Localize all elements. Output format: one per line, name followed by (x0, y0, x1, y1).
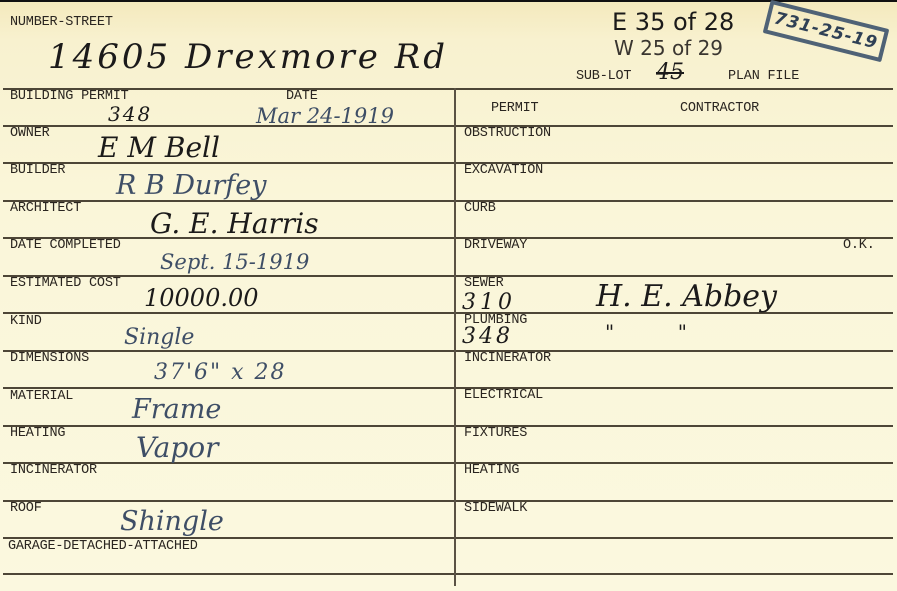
owner-label: OWNER (10, 127, 50, 141)
column-divider (454, 88, 456, 586)
rule (3, 88, 893, 90)
number-street-label: NUMBER-STREET (10, 16, 113, 30)
estimated-cost-label: ESTIMATED COST (10, 277, 121, 291)
garage-label: GARAGE-DETACHED-ATTACHED (8, 540, 198, 554)
dimensions-value: 37'6" x 28 (154, 362, 287, 384)
architect-value: G. E. Harris (150, 210, 319, 238)
sub-lot-value: 45 (656, 62, 684, 84)
heating-value: Vapor (136, 434, 219, 462)
date-value: Mar 24-1919 (256, 106, 394, 127)
dimensions-label: DIMENSIONS (10, 352, 89, 366)
plan-file-label: PLAN FILE (728, 70, 799, 84)
driveway-label: DRIVEWAY (464, 239, 527, 253)
fixtures-label: FIXTURES (464, 427, 527, 441)
incinerator-label: INCINERATOR (10, 464, 97, 478)
file-number-stamp: 731-25-19 (763, 0, 890, 62)
rule (3, 237, 893, 239)
building-permit-value: 348 (108, 104, 152, 124)
rule (3, 275, 893, 277)
lot-west: W 25 of 29 (614, 38, 723, 58)
owner-value: E M Bell (98, 134, 220, 162)
roof-label: ROOF (10, 502, 42, 516)
number-street-value: 14605 Drexmore Rd (48, 40, 448, 74)
estimated-cost-value: 10000.00 (144, 286, 259, 310)
rule (3, 387, 893, 389)
electrical-label: ELECTRICAL (464, 389, 543, 403)
rule (3, 350, 893, 352)
excavation-label: EXCAVATION (464, 164, 543, 178)
date-completed-label: DATE COMPLETED (10, 239, 121, 253)
driveway-note: O.K. (843, 239, 875, 253)
material-label: MATERIAL (10, 390, 73, 404)
architect-label: ARCHITECT (10, 202, 81, 216)
sidewalk-label: SIDEWALK (464, 502, 527, 516)
incinerator-permit-label: INCINERATOR (464, 352, 551, 366)
lot-east: E 35 of 28 (612, 10, 734, 34)
heating-label: HEATING (10, 427, 65, 441)
rule (3, 500, 893, 502)
plumbing-contractor: " " (605, 322, 687, 342)
sewer-permit: 310 (462, 292, 516, 314)
date-completed-value: Sept. 15-1919 (160, 252, 309, 273)
curb-label: CURB (464, 202, 496, 216)
material-value: Frame (132, 396, 221, 423)
rule (3, 573, 893, 575)
plumbing-permit: 348 (462, 326, 513, 348)
builder-label: BUILDER (10, 164, 65, 178)
kind-label: KIND (10, 315, 42, 329)
roof-value: Shingle (120, 508, 224, 535)
builder-value: R B Durfey (116, 172, 267, 199)
rule (3, 425, 893, 427)
sewer-label: SEWER (464, 277, 504, 291)
date-label: DATE (286, 90, 318, 104)
contractor-header: CONTRACTOR (680, 102, 759, 116)
heating-permit-label: HEATING (464, 464, 519, 478)
obstruction-label: OBSTRUCTION (464, 127, 551, 141)
permit-header: PERMIT (491, 102, 538, 116)
stamp-text: 731-25-19 (768, 8, 883, 55)
kind-value: Single (124, 327, 194, 349)
permit-card: NUMBER-STREET 14605 Drexmore Rd E 35 of … (0, 0, 897, 591)
sub-lot-label: SUB-LOT (576, 70, 631, 84)
sewer-contractor: H. E. Abbey (596, 282, 777, 312)
